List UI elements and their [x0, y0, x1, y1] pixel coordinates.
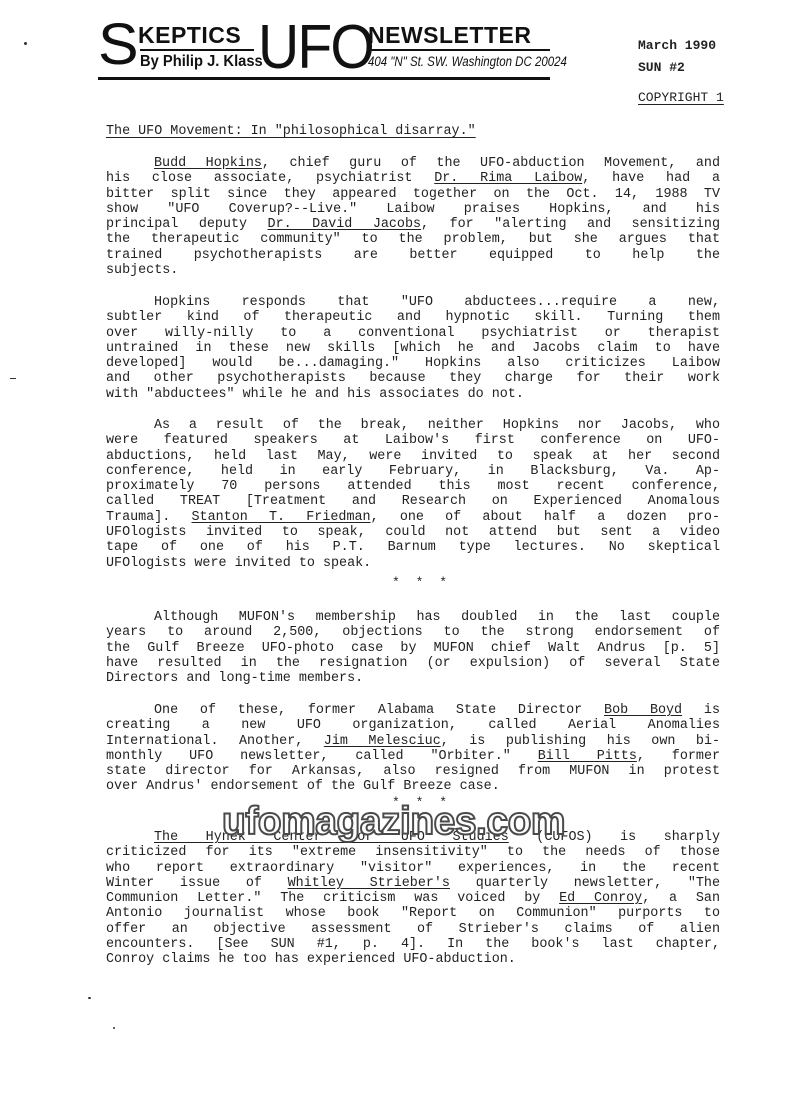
text-line: Conroy claims he too has experienced UFO…	[106, 952, 720, 967]
paragraph: Hopkins responds that "UFO abductees...r…	[106, 295, 720, 402]
underlined-name: Jim Melesciuc	[324, 734, 441, 749]
text-line: Directors and long-time members.	[106, 671, 720, 686]
paragraph: Budd Hopkins, chief guru of the UFO-abdu…	[106, 156, 720, 278]
paragraph: As a result of the break, neither Hopkin…	[106, 418, 720, 571]
text-line: show "UFO Coverup?--Live." Laibow praise…	[106, 202, 720, 217]
scan-speck	[88, 997, 91, 999]
issue-number: SUN #2	[638, 60, 685, 75]
underlined-name: Stanton T. Friedman	[192, 510, 371, 525]
text-line: Antonio journalist whose book "Report on…	[106, 906, 720, 921]
text-line: called TREAT [Treatment and Research on …	[106, 494, 720, 509]
underlined-name: Dr. Rima Laibow	[434, 171, 582, 186]
text-line: criticized for its "extreme insensitivit…	[106, 845, 720, 860]
text-line: have resulted in the resignation (or exp…	[106, 656, 720, 671]
text-line: UFOlogists invited to speak, could not a…	[106, 525, 720, 540]
text-line: years to around 2,500, objections to the…	[106, 625, 720, 640]
text-line: the therapeutic community" to the proble…	[106, 232, 720, 247]
text-line: who report extraordinary "visitor" exper…	[106, 861, 720, 876]
underlined-name: Bob Boyd	[604, 703, 682, 718]
text-line: the Gulf Breeze UFO-photo case by MUFON …	[106, 641, 720, 656]
text-line: with "abductees" while he and his associ…	[106, 387, 720, 402]
paragraph: The Hynek Center for UFO Studies (CUFOS)…	[106, 830, 720, 968]
masthead-skeptics: KEPTICS	[138, 24, 241, 47]
text-line: UFOlogists were invited to speak.	[106, 556, 720, 571]
text-line: encounters. [See SUN #1, p. 4]. In the b…	[106, 937, 720, 952]
masthead-newsletter: NEWSLETTER	[368, 24, 531, 47]
text-line: subtler kind of therapeutic and hypnotic…	[106, 310, 720, 325]
text-line: over willy-nilly to a conventional psych…	[106, 326, 720, 341]
text-line: subjects.	[106, 263, 720, 278]
scan-speck	[113, 1027, 115, 1029]
masthead-rule	[140, 49, 254, 51]
text-line: were featured speakers at Laibow's first…	[106, 433, 720, 448]
underlined-name: Whitley Strieber's	[288, 876, 450, 891]
article-headline: The UFO Movement: In "philosophical disa…	[106, 124, 476, 139]
text-line: offer an objective assessment of Striebe…	[106, 922, 720, 937]
text-line: untrained in these new skills [which he …	[106, 341, 720, 356]
underlined-name: Budd Hopkins	[154, 156, 262, 171]
masthead-ufo: UFO	[258, 20, 373, 76]
text-line: Winter issue of Whitley Strieber's quart…	[106, 876, 720, 891]
scan-speck	[10, 378, 16, 379]
underlined-name: Ed Conroy	[559, 891, 642, 906]
text-line: International. Another, Jim Melesciuc, i…	[106, 734, 720, 749]
issue-date: March 1990	[638, 38, 716, 53]
watermark-text: ufomagazines.com	[222, 800, 565, 844]
text-line: state director for Arkansas, also resign…	[106, 764, 720, 779]
text-line: proximately 70 persons attended this mos…	[106, 479, 720, 494]
text-line: and other psychotherapists because they …	[106, 371, 720, 386]
masthead-s-letter: S	[98, 16, 139, 74]
scan-speck	[24, 42, 27, 45]
text-line: One of these, former Alabama State Direc…	[106, 703, 720, 718]
text-line: conference, held in early February, in B…	[106, 464, 720, 479]
newsletter-masthead: S KEPTICS By Philip J. Klass UFO NEWSLET…	[98, 20, 550, 80]
text-line: abductions, held last May, were invited …	[106, 449, 720, 464]
masthead-byline: By Philip J. Klass	[140, 53, 263, 71]
text-line: Communion Letter." The criticism was voi…	[106, 891, 720, 906]
copyright-notice: COPYRIGHT 1	[638, 90, 724, 105]
text-line: principal deputy Dr. David Jacobs, for "…	[106, 217, 720, 232]
text-line: As a result of the break, neither Hopkin…	[106, 418, 720, 433]
text-line: Hopkins responds that "UFO abductees...r…	[106, 295, 720, 310]
paragraph: One of these, former Alabama State Direc…	[106, 703, 720, 795]
underlined-name: Dr. David Jacobs	[268, 217, 422, 232]
underlined-name: Bill Pitts	[538, 749, 637, 764]
text-line: over Andrus' endorsement of the Gulf Bre…	[106, 779, 720, 794]
section-separator: * * *	[392, 575, 451, 590]
text-line: Although MUFON's membership has doubled …	[106, 610, 720, 625]
text-line: monthly UFO newsletter, called "Orbiter.…	[106, 749, 720, 764]
paragraph: Although MUFON's membership has doubled …	[106, 610, 720, 686]
masthead-address: 404 "N" St. SW. Washington DC 20024	[368, 54, 567, 70]
text-line: Trauma]. Stanton T. Friedman, one of abo…	[106, 510, 720, 525]
masthead-rule	[368, 49, 550, 51]
text-line: creating a new UFO organization, called …	[106, 718, 720, 733]
text-line: tape of one of his P.T. Barnum type lect…	[106, 540, 720, 555]
text-line: his close associate, psychiatrist Dr. Ri…	[106, 171, 720, 186]
text-line: bitter split since they appeared togethe…	[106, 187, 720, 202]
text-line: developed] would be...damaging." Hopkins…	[106, 356, 720, 371]
masthead-underline	[98, 77, 550, 80]
text-line: Budd Hopkins, chief guru of the UFO-abdu…	[106, 156, 720, 171]
text-line: trained psychotherapists are better equi…	[106, 248, 720, 263]
